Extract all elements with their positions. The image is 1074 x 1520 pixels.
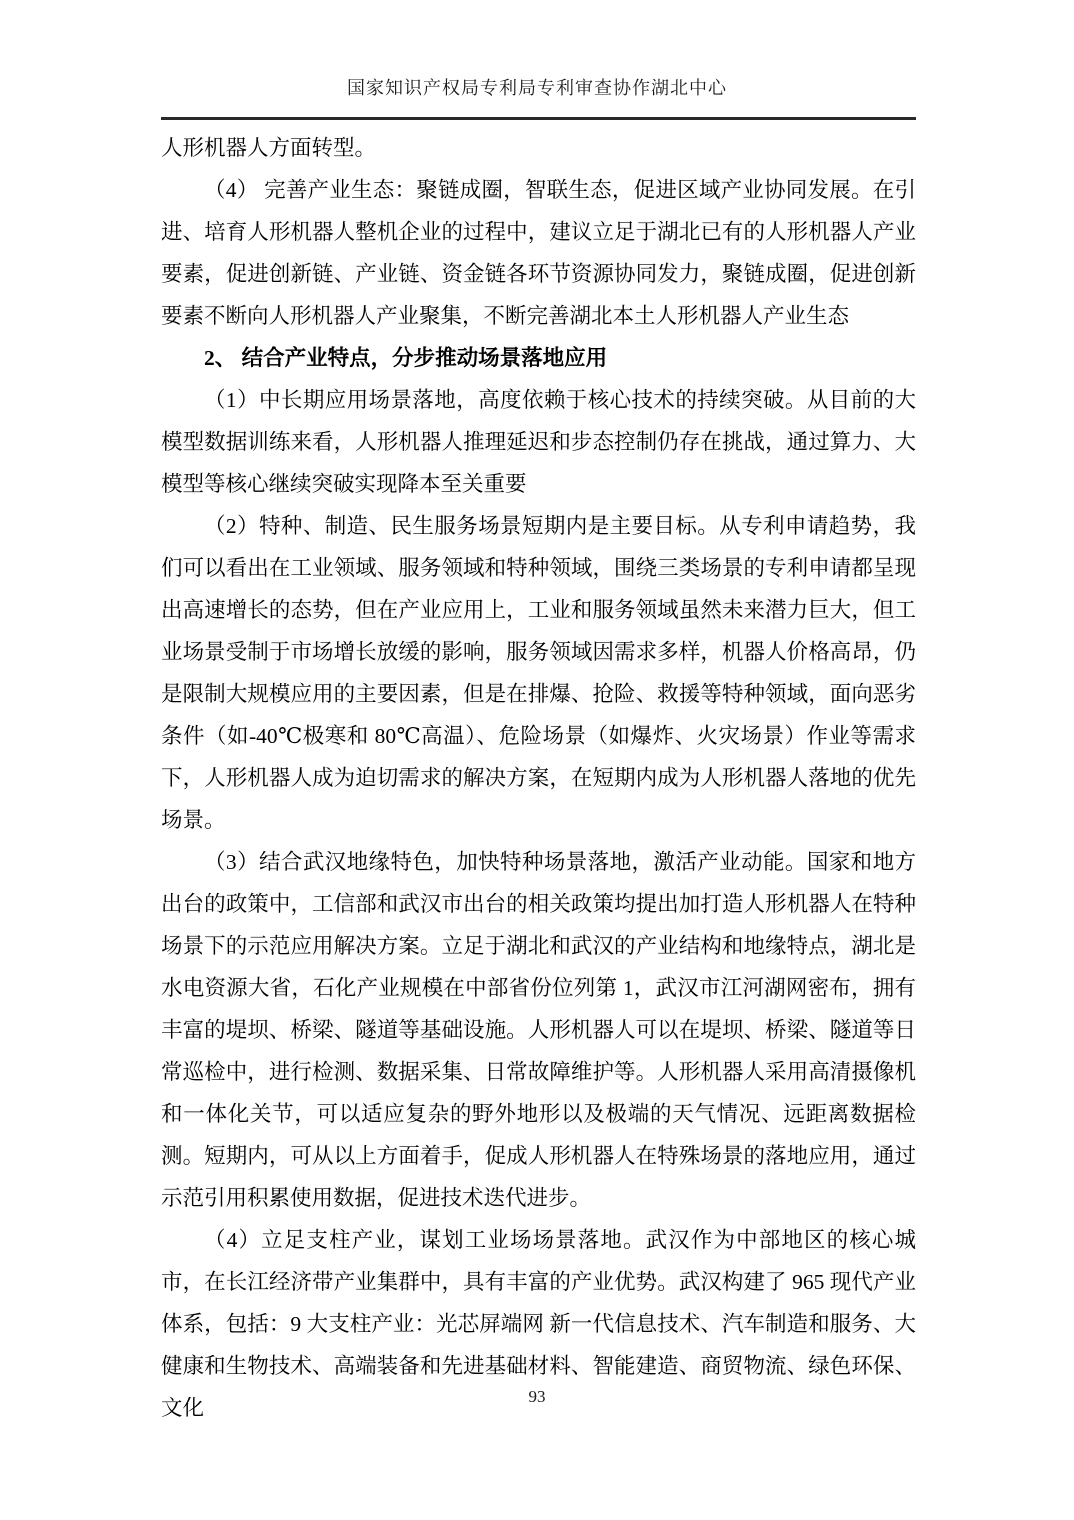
paragraph-point3-wuhan-geography: （3）结合武汉地缘特色，加快特种场景落地，激活产业动能。国家和地方出台的政策中，… <box>161 841 916 1219</box>
page-header-title: 国家知识产权局专利局专利审查协作湖北中心 <box>0 74 1074 100</box>
section-heading-2: 2、 结合产业特点，分步推动场景落地应用 <box>161 337 916 379</box>
document-page: 国家知识产权局专利局专利审查协作湖北中心 人形机器人方面转型。 （4） 完善产业… <box>0 0 1074 1520</box>
paragraph-point1-longterm: （1）中长期应用场景落地，高度依赖于核心技术的持续突破。从目前的大模型数据训练来… <box>161 379 916 505</box>
paragraph-point2-special-scenarios: （2）特种、制造、民生服务场景短期内是主要目标。从专利申请趋势，我们可以看出在工… <box>161 505 916 841</box>
document-body: 人形机器人方面转型。 （4） 完善产业生态：聚链成圈，智联生态，促进区域产业协同… <box>161 127 916 1429</box>
page-number: 93 <box>0 1387 1074 1407</box>
paragraph-point4-ecosystem: （4） 完善产业生态：聚链成圈，智联生态，促进区域产业协同发展。在引进、培育人形… <box>161 169 916 337</box>
header-divider <box>161 117 916 120</box>
paragraph-continuation-transform: 人形机器人方面转型。 <box>161 127 916 169</box>
